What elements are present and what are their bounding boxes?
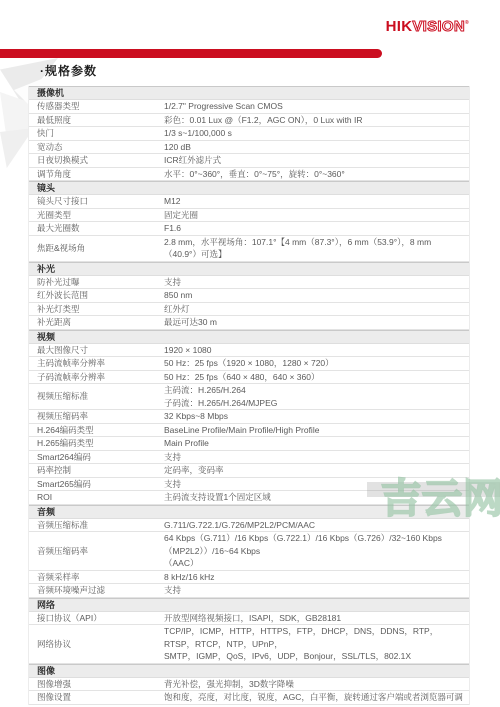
table-row: 子码流帧率分辨率50 Hz：25 fps（640 × 480，640 × 360… <box>29 371 469 385</box>
page-title: ·规格参数 <box>40 62 97 79</box>
section-header-row: 视频 <box>29 330 469 344</box>
spec-value: 主码流：H.265/H.264子码流：H.265/H.264/MJPEG <box>156 384 469 409</box>
spec-value-line: 50 Hz：25 fps（640 × 480，640 × 360） <box>164 371 463 384</box>
spec-value: 支持 <box>156 451 469 464</box>
spec-value: 1920 × 1080 <box>156 344 469 357</box>
spec-label: 音频压缩标准 <box>29 519 156 532</box>
spec-label: 网络协议 <box>29 638 156 651</box>
spec-value-line: F1.6 <box>164 222 463 235</box>
spec-value-line: 8 kHz/16 kHz <box>164 571 463 584</box>
spec-label: 最大光圈数 <box>29 222 156 235</box>
spec-table: 摄像机传感器类型1/2.7" Progressive Scan CMOS最低照度… <box>28 86 470 705</box>
spec-value: 64 Kbps（G.711）/16 Kbps（G.722.1）/16 Kbps（… <box>156 532 469 570</box>
hikvision-logo: HIKVISION® <box>386 19 469 34</box>
spec-label: 音频采样率 <box>29 571 156 584</box>
registered-mark-icon: ® <box>465 20 469 26</box>
spec-value-line: 支持 <box>164 584 463 597</box>
table-row: 光圈类型固定光圈 <box>29 209 469 223</box>
table-row: Smart265编码支持 <box>29 478 469 492</box>
section-header-row: 摄像机 <box>29 86 469 100</box>
spec-value-line: 主码流：H.265/H.264 <box>164 384 463 397</box>
spec-value-line: 背光补偿，强光抑制，3D数字降噪 <box>164 678 463 691</box>
spec-value: 50 Hz：25 fps（640 × 480，640 × 360） <box>156 371 469 384</box>
spec-value-line: 支持 <box>164 276 463 289</box>
spec-value: 1/3 s~1/100,000 s <box>156 127 469 140</box>
spec-label: 补光灯类型 <box>29 303 156 316</box>
spec-value: G.711/G.722.1/G.726/MP2L2/PCM/AAC <box>156 519 469 532</box>
spec-value: BaseLine Profile/Main Profile/High Profi… <box>156 424 469 437</box>
section-header-row: 镜头 <box>29 181 469 195</box>
table-row: ROI主码流支持设置1个固定区域 <box>29 491 469 505</box>
table-row: 传感器类型1/2.7" Progressive Scan CMOS <box>29 100 469 114</box>
table-row: 调节角度水平：0°~360°，垂直：0°~75°，旋转：0°~360° <box>29 168 469 182</box>
red-divider-bar <box>0 49 382 58</box>
spec-value-line: BaseLine Profile/Main Profile/High Profi… <box>164 424 463 437</box>
table-row: 防补光过曝支持 <box>29 276 469 290</box>
spec-label: 快门 <box>29 127 156 140</box>
spec-value: 支持 <box>156 276 469 289</box>
spec-value-line: 850 nm <box>164 289 463 302</box>
spec-value: 8 kHz/16 kHz <box>156 571 469 584</box>
spec-value: 主码流支持设置1个固定区域 <box>156 491 469 504</box>
table-row: 音频压缩码率64 Kbps（G.711）/16 Kbps（G.722.1）/16… <box>29 532 469 571</box>
spec-label: 镜头尺寸接口 <box>29 195 156 208</box>
table-row: Smart264编码支持 <box>29 451 469 465</box>
table-row: 码率控制定码率，变码率 <box>29 464 469 478</box>
spec-value: 彩色：0.01 Lux @（F1.2，AGC ON），0 Lux with IR <box>156 114 469 127</box>
table-row: 音频压缩标准G.711/G.722.1/G.726/MP2L2/PCM/AAC <box>29 519 469 533</box>
spec-value: 50 Hz：25 fps（1920 × 1080，1280 × 720） <box>156 357 469 370</box>
table-row: 最低照度彩色：0.01 Lux @（F1.2，AGC ON），0 Lux wit… <box>29 114 469 128</box>
section-header-row: 图像 <box>29 664 469 678</box>
spec-label: 最大图像尺寸 <box>29 344 156 357</box>
spec-value-line: 固定光圈 <box>164 209 463 222</box>
spec-value-line: 2.8 mm，水平视场角：107.1°【4 mm（87.3°），6 mm（53.… <box>164 236 463 261</box>
spec-value-line: 水平：0°~360°，垂直：0°~75°，旋转：0°~360° <box>164 168 463 181</box>
spec-label: 视频压缩标准 <box>29 390 156 403</box>
table-row: 镜头尺寸接口M12 <box>29 195 469 209</box>
spec-label: 接口协议（API） <box>29 612 156 625</box>
spec-value: 水平：0°~360°，垂直：0°~75°，旋转：0°~360° <box>156 168 469 181</box>
table-row: 网络协议TCP/IP，ICMP，HTTP，HTTPS，FTP，DHCP，DNS，… <box>29 625 469 664</box>
spec-value-line: 开放型网络视频接口，ISAPI，SDK，GB28181 <box>164 612 463 625</box>
spec-label: 光圈类型 <box>29 209 156 222</box>
spec-value-line: 64 Kbps（G.711）/16 Kbps（G.722.1）/16 Kbps（… <box>164 532 463 557</box>
spec-value-line: 120 dB <box>164 141 463 154</box>
section-header-row: 补光 <box>29 262 469 276</box>
spec-label: 最低照度 <box>29 114 156 127</box>
section-header-row: 网络 <box>29 598 469 612</box>
spec-value: 开放型网络视频接口，ISAPI，SDK，GB28181 <box>156 612 469 625</box>
spec-value-line: 50 Hz：25 fps（1920 × 1080，1280 × 720） <box>164 357 463 370</box>
spec-label: 宽动态 <box>29 141 156 154</box>
spec-label: 防补光过曝 <box>29 276 156 289</box>
spec-value: 支持 <box>156 478 469 491</box>
spec-value-line: TCP/IP，ICMP，HTTP，HTTPS，FTP，DHCP，DNS，DDNS… <box>164 625 463 650</box>
spec-label: 图像设置 <box>29 691 156 704</box>
spec-value-line: Main Profile <box>164 437 463 450</box>
logo-hik-text: HIK <box>386 18 413 35</box>
table-row: 主码流帧率分辨率50 Hz：25 fps（1920 × 1080，1280 × … <box>29 357 469 371</box>
spec-label: 图像增强 <box>29 678 156 691</box>
table-row: 红外波长范围850 nm <box>29 289 469 303</box>
spec-label: 补光距离 <box>29 316 156 329</box>
spec-value-line: 彩色：0.01 Lux @（F1.2，AGC ON），0 Lux with IR <box>164 114 463 127</box>
section-header-row: 音频 <box>29 505 469 519</box>
table-row: 快门1/3 s~1/100,000 s <box>29 127 469 141</box>
table-row: 音频环境噪声过滤支持 <box>29 584 469 598</box>
spec-value-line: 1/2.7" Progressive Scan CMOS <box>164 100 463 113</box>
table-row: 接口协议（API）开放型网络视频接口，ISAPI，SDK，GB28181 <box>29 612 469 626</box>
spec-value-line: （AAC） <box>164 557 463 570</box>
spec-label: 主码流帧率分辨率 <box>29 357 156 370</box>
spec-label: Smart265编码 <box>29 478 156 491</box>
spec-value-line: G.711/G.722.1/G.726/MP2L2/PCM/AAC <box>164 519 463 532</box>
spec-value: 1/2.7" Progressive Scan CMOS <box>156 100 469 113</box>
spec-value: 红外灯 <box>156 303 469 316</box>
spec-value: 饱和度，亮度，对比度，锐度，AGC，白平衡，旋转通过客户端或者浏览器可调 <box>156 691 469 704</box>
spec-value: TCP/IP，ICMP，HTTP，HTTPS，FTP，DHCP，DNS，DDNS… <box>156 625 469 663</box>
spec-value: 固定光圈 <box>156 209 469 222</box>
spec-value-line: M12 <box>164 195 463 208</box>
table-row: 音频采样率8 kHz/16 kHz <box>29 571 469 585</box>
spec-value-line: ICR红外滤片式 <box>164 154 463 167</box>
spec-label: 码率控制 <box>29 464 156 477</box>
table-row: H.264编码类型BaseLine Profile/Main Profile/H… <box>29 424 469 438</box>
spec-value: 120 dB <box>156 141 469 154</box>
spec-value-line: 支持 <box>164 478 463 491</box>
spec-label: ROI <box>29 491 156 504</box>
spec-label: 传感器类型 <box>29 100 156 113</box>
spec-value: F1.6 <box>156 222 469 235</box>
spec-value-line: 子码流：H.265/H.264/MJPEG <box>164 397 463 410</box>
logo-vision-text: VISION <box>412 18 465 35</box>
table-row: 最大图像尺寸1920 × 1080 <box>29 344 469 358</box>
table-row: 补光灯类型红外灯 <box>29 303 469 317</box>
spec-value: 支持 <box>156 584 469 597</box>
spec-value-line: 32 Kbps~8 Mbps <box>164 410 463 423</box>
spec-value-line: 主码流支持设置1个固定区域 <box>164 491 463 504</box>
spec-value: 定码率，变码率 <box>156 464 469 477</box>
spec-value: 850 nm <box>156 289 469 302</box>
spec-value: 最远可达30 m <box>156 316 469 329</box>
spec-label: 音频压缩码率 <box>29 545 156 558</box>
spec-label: 子码流帧率分辨率 <box>29 371 156 384</box>
spec-label: 视频压缩码率 <box>29 410 156 423</box>
spec-value-line: 红外灯 <box>164 303 463 316</box>
spec-label: 焦距&视场角 <box>29 242 156 255</box>
spec-value: 2.8 mm，水平视场角：107.1°【4 mm（87.3°），6 mm（53.… <box>156 236 469 261</box>
spec-label: 红外波长范围 <box>29 289 156 302</box>
spec-value-line: SMTP，IGMP，QoS，IPv6，UDP，Bonjour，SSL/TLS，8… <box>164 650 463 663</box>
spec-value: 背光补偿，强光抑制，3D数字降噪 <box>156 678 469 691</box>
spec-value-line: 1920 × 1080 <box>164 344 463 357</box>
table-row: 补光距离最远可达30 m <box>29 316 469 330</box>
table-row: 最大光圈数F1.6 <box>29 222 469 236</box>
table-row: 图像设置饱和度，亮度，对比度，锐度，AGC，白平衡，旋转通过客户端或者浏览器可调 <box>29 691 469 705</box>
table-row: 宽动态120 dB <box>29 141 469 155</box>
spec-value-line: 定码率，变码率 <box>164 464 463 477</box>
spec-value-line: 饱和度，亮度，对比度，锐度，AGC，白平衡，旋转通过客户端或者浏览器可调 <box>164 691 463 704</box>
spec-label: 音频环境噪声过滤 <box>29 584 156 597</box>
spec-label: 调节角度 <box>29 168 156 181</box>
table-row: 焦距&视场角2.8 mm，水平视场角：107.1°【4 mm（87.3°），6 … <box>29 236 469 262</box>
spec-value-line: 最远可达30 m <box>164 316 463 329</box>
spec-label: H.265编码类型 <box>29 437 156 450</box>
spec-label: 日夜切换模式 <box>29 154 156 167</box>
spec-value-line: 1/3 s~1/100,000 s <box>164 127 463 140</box>
spec-value: ICR红外滤片式 <box>156 154 469 167</box>
table-row: 日夜切换模式ICR红外滤片式 <box>29 154 469 168</box>
spec-value: 32 Kbps~8 Mbps <box>156 410 469 423</box>
table-row: 视频压缩标准主码流：H.265/H.264子码流：H.265/H.264/MJP… <box>29 384 469 410</box>
spec-label: H.264编码类型 <box>29 424 156 437</box>
table-row: 视频压缩码率32 Kbps~8 Mbps <box>29 410 469 424</box>
spec-value: Main Profile <box>156 437 469 450</box>
table-row: H.265编码类型Main Profile <box>29 437 469 451</box>
table-row: 图像增强背光补偿，强光抑制，3D数字降噪 <box>29 678 469 692</box>
spec-label: Smart264编码 <box>29 451 156 464</box>
spec-value: M12 <box>156 195 469 208</box>
spec-value-line: 支持 <box>164 451 463 464</box>
